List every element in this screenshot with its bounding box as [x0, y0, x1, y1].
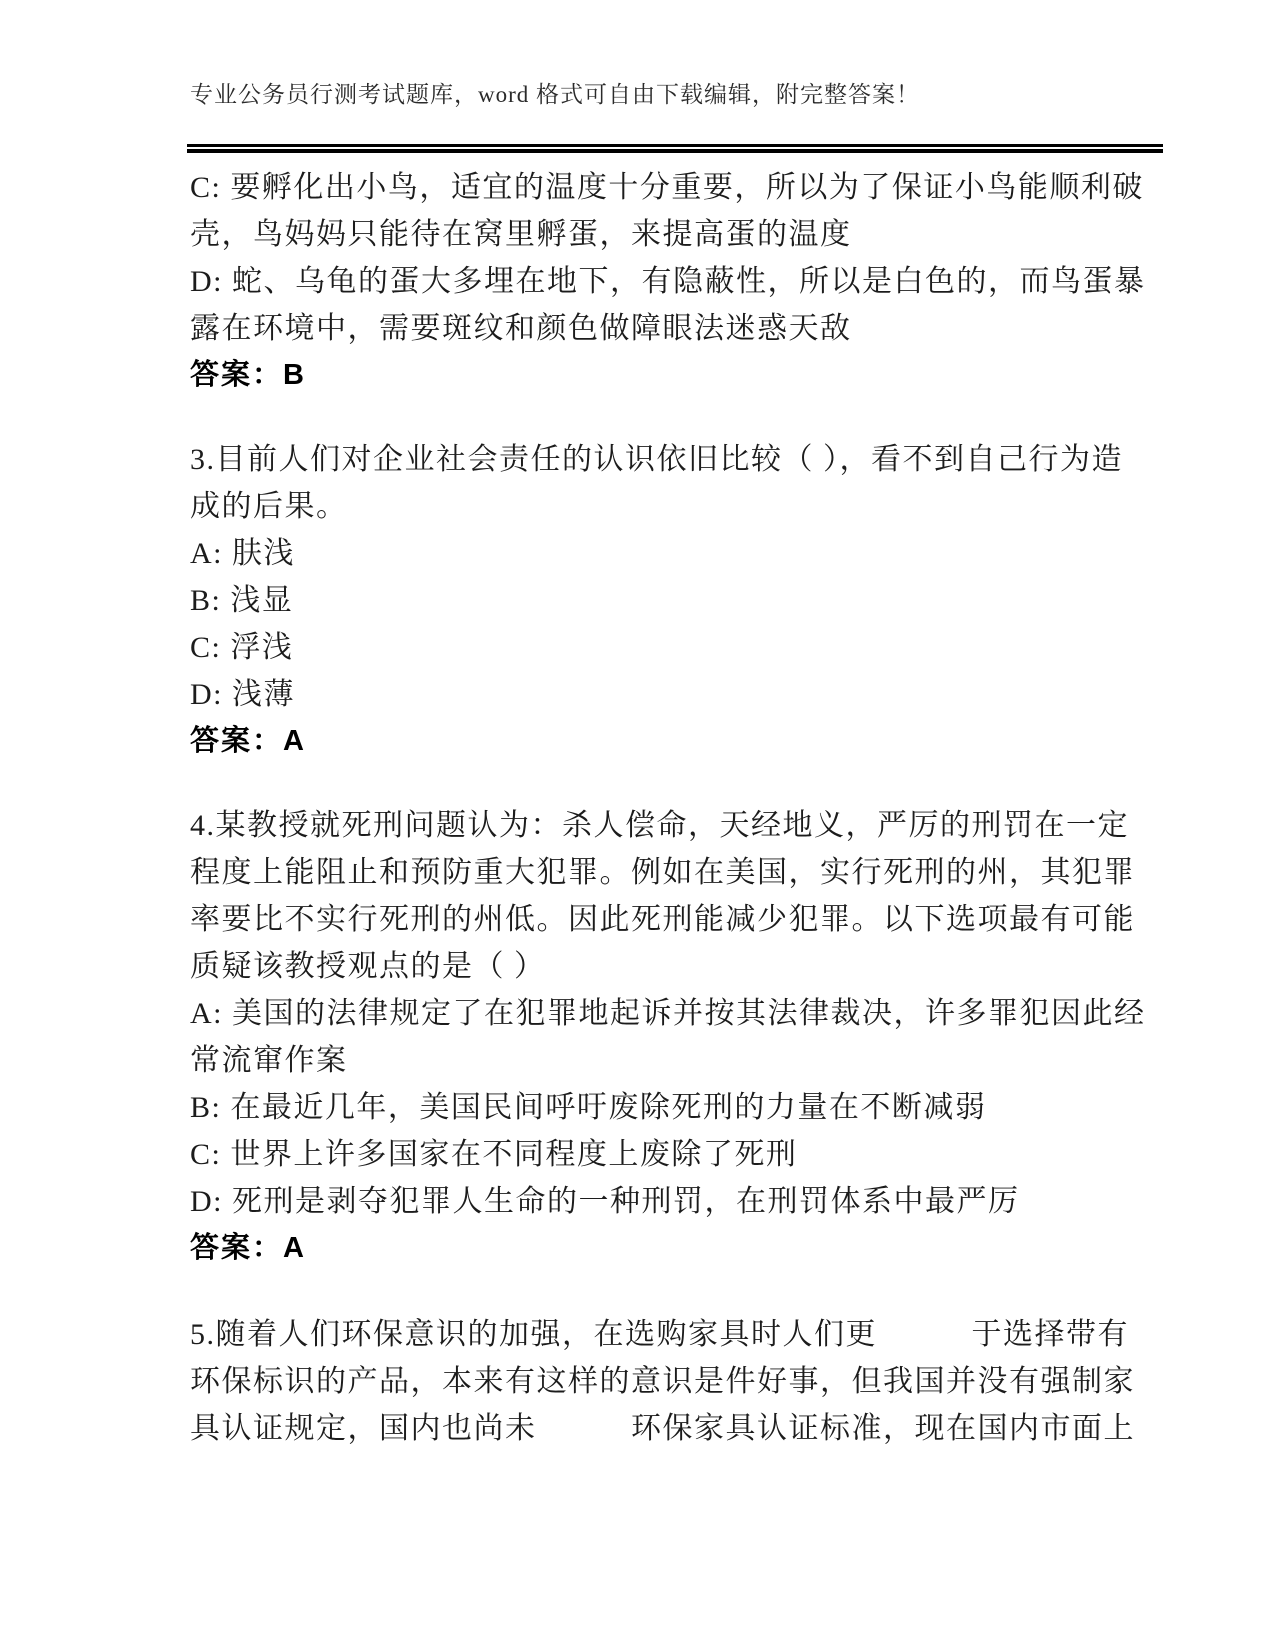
answer-line: 答案：A [190, 1226, 1100, 1273]
text-line: 4.某教授就死刑问题认为：杀人偿命，天经地义，严厉的刑罚在一定 [190, 803, 1100, 850]
question-block: 4.某教授就死刑问题认为：杀人偿命，天经地义，严厉的刑罚在一定程度上能阻止和预防… [190, 803, 1100, 1273]
text-line: 露在环境中，需要斑纹和颜色做障眼法迷惑天敌 [190, 306, 1100, 353]
text-line: 环保标识的产品，本来有这样的意识是件好事，但我国并没有强制家 [190, 1359, 1100, 1406]
text-line: C: 要孵化出小鸟，适宜的温度十分重要，所以为了保证小鸟能顺利破 [190, 165, 1100, 212]
text-line: C: 浮浅 [190, 625, 1100, 672]
text-line: 5.随着人们环保意识的加强，在选购家具时人们更 于选择带有 [190, 1312, 1100, 1359]
text-line: 程度上能阻止和预防重大犯罪。例如在美国，实行死刑的州，其犯罪 [190, 850, 1100, 897]
text-line: A: 肤浅 [190, 531, 1100, 578]
text-line: 成的后果。 [190, 484, 1100, 531]
text-line: D: 浅薄 [190, 672, 1100, 719]
answer-line: 答案：A [190, 719, 1100, 766]
answer-line: 答案：B [190, 353, 1100, 400]
text-line: 质疑该教授观点的是（ ） [190, 944, 1100, 991]
text-line: 壳，鸟妈妈只能待在窝里孵蛋，来提高蛋的温度 [190, 212, 1100, 259]
text-line: 常流窜作案 [190, 1038, 1100, 1085]
text-line: 具认证规定，国内也尚未 环保家具认证标准，现在国内市面上 [190, 1406, 1100, 1453]
text-line: B: 浅显 [190, 578, 1100, 625]
text-line: 3.目前人们对企业社会责任的认识依旧比较（ ），看不到自己行为造 [190, 437, 1100, 484]
text-line: A: 美国的法律规定了在犯罪地起诉并按其法律裁决，许多罪犯因此经 [190, 991, 1100, 1038]
question-block: 5.随着人们环保意识的加强，在选购家具时人们更 于选择带有环保标识的产品，本来有… [190, 1312, 1100, 1453]
text-line: B: 在最近几年，美国民间呼吁废除死刑的力量在不断减弱 [190, 1085, 1100, 1132]
content-blocks: C: 要孵化出小鸟，适宜的温度十分重要，所以为了保证小鸟能顺利破壳，鸟妈妈只能待… [0, 0, 1275, 1650]
text-line: D: 蛇、乌龟的蛋大多埋在地下，有隐蔽性，所以是白色的，而鸟蛋暴 [190, 259, 1100, 306]
question-block: 3.目前人们对企业社会责任的认识依旧比较（ ），看不到自己行为造成的后果。A: … [190, 437, 1100, 766]
text-line: D: 死刑是剥夺犯罪人生命的一种刑罚，在刑罚体系中最严厉 [190, 1179, 1100, 1226]
text-line: 率要比不实行死刑的州低。因此死刑能减少犯罪。以下选项最有可能 [190, 897, 1100, 944]
text-line: C: 世界上许多国家在不同程度上废除了死刑 [190, 1132, 1100, 1179]
document-page: 专业公务员行测考试题库，word 格式可自由下载编辑，附完整答案！ C: 要孵化… [0, 0, 1275, 1650]
question-block: C: 要孵化出小鸟，适宜的温度十分重要，所以为了保证小鸟能顺利破壳，鸟妈妈只能待… [190, 165, 1100, 400]
